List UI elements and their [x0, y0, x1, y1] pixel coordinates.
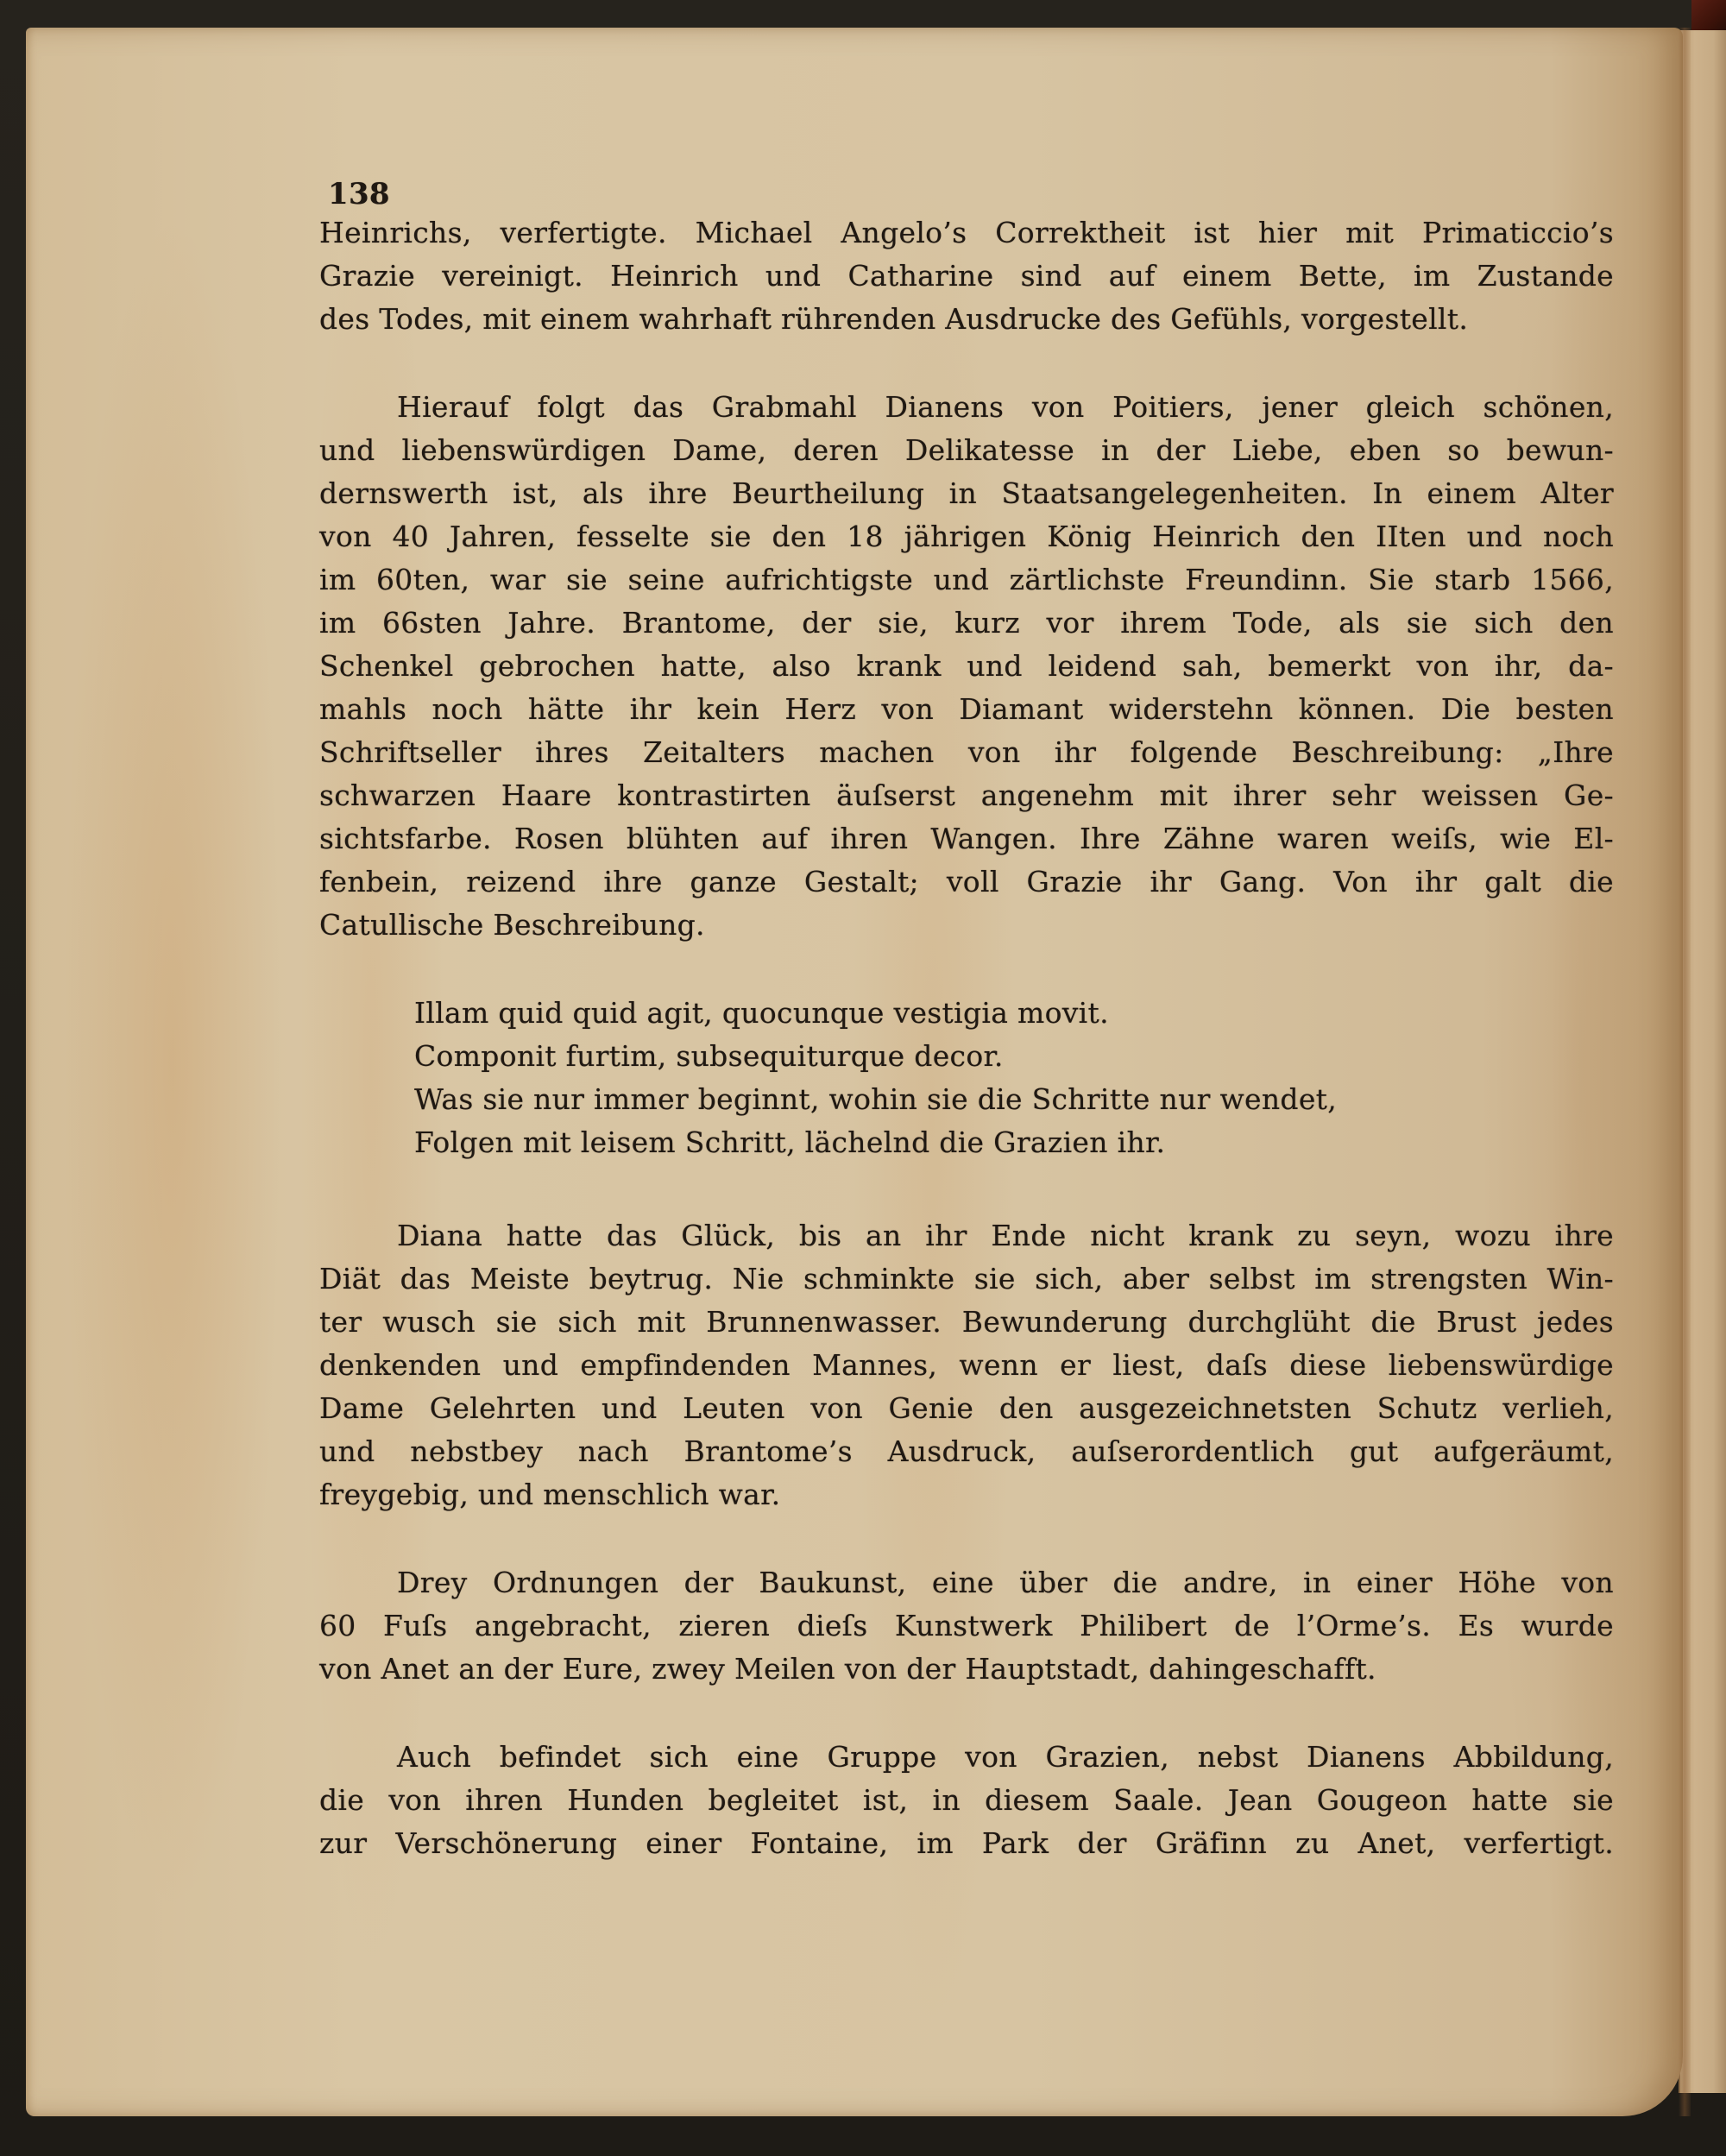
- text-line: freygebig, und menschlich war.: [319, 1473, 1614, 1516]
- verse-line: Illam quid quid agit, quocunque vestigia…: [414, 992, 1614, 1035]
- text-line: denkenden und empfindenden Mannes, wenn …: [319, 1344, 1614, 1387]
- text-line: sichtsfarbe. Rosen blühten auf ihren Wan…: [319, 817, 1614, 861]
- text-line: von Anet an der Eure, zwey Meilen von de…: [319, 1648, 1614, 1691]
- verse-line: Folgen mit leisem Schritt, lächelnd die …: [414, 1121, 1614, 1164]
- text-line: Diana hatte das Glück, bis an ihr Ende n…: [319, 1214, 1614, 1258]
- scanned-book-page: 138 Heinrichs, verfertigte. Michael Ange…: [0, 0, 1726, 2156]
- text-line: des Todes, mit einem wahrhaft rührenden …: [319, 298, 1614, 341]
- text-line: mahls noch hätte ihr kein Herz von Diama…: [319, 688, 1614, 731]
- text-line: zur Verschönerung einer Fontaine, im Par…: [319, 1822, 1614, 1865]
- paragraph: Diana hatte das Glück, bis an ihr Ende n…: [319, 1214, 1614, 1516]
- text-line: Auch befindet sich eine Gruppe von Grazi…: [319, 1736, 1614, 1779]
- text-line: im 60ten, war sie seine aufrichtigste un…: [319, 558, 1614, 602]
- text-line: fenbein, reizend ihre ganze Gestalt; vol…: [319, 861, 1614, 904]
- text-line: Dame Gelehrten und Leuten von Genie den …: [319, 1387, 1614, 1430]
- text-line: von 40 Jahren, fesselte sie den 18 jähri…: [319, 515, 1614, 558]
- verse-quotation: Illam quid quid agit, quocunque vestigia…: [414, 992, 1614, 1164]
- text-line: Schriftseller ihres Zeitalters machen vo…: [319, 731, 1614, 774]
- paragraph: Auch befindet sich eine Gruppe von Grazi…: [319, 1736, 1614, 1865]
- text-line: und liebenswürdigen Dame, deren Delikate…: [319, 429, 1614, 472]
- paragraph: Drey Ordnungen der Baukunst, eine über d…: [319, 1561, 1614, 1691]
- text-line: die von ihren Hunden begleitet ist, in d…: [319, 1779, 1614, 1822]
- gutter-crease: [1679, 28, 1691, 2116]
- text-line: im 66sten Jahre. Brantome, der sie, kurz…: [319, 602, 1614, 645]
- paragraph: Hierauf folgt das Grabmahl Dianens von P…: [319, 386, 1614, 947]
- text-line: Heinrichs, verfertigte. Michael Angelo’s…: [319, 211, 1614, 255]
- page-number: 138: [328, 177, 1614, 211]
- paragraph: Heinrichs, verfertigte. Michael Angelo’s…: [319, 211, 1614, 341]
- text-line: Schenkel gebrochen hatte, also krank und…: [319, 645, 1614, 688]
- text-line: ter wusch sie sich mit Brunnenwasser. Be…: [319, 1301, 1614, 1344]
- verse-line: Was sie nur immer beginnt, wohin sie die…: [414, 1078, 1614, 1121]
- text-line: und nebstbey nach Brantome’s Ausdruck, a…: [319, 1430, 1614, 1473]
- text-line: Catullische Beschreibung.: [319, 904, 1614, 947]
- text-line: Diät das Meiste beytrug. Nie schminkte s…: [319, 1258, 1614, 1301]
- text-line: dernswerth ist, als ihre Beurtheilung in…: [319, 472, 1614, 515]
- text-line: Drey Ordnungen der Baukunst, eine über d…: [319, 1561, 1614, 1604]
- text-line: 60 Fuſs angebracht, zieren dieſs Kunstwe…: [319, 1604, 1614, 1648]
- text-line: Hierauf folgt das Grabmahl Dianens von P…: [319, 386, 1614, 429]
- page-text: 138 Heinrichs, verfertigte. Michael Ange…: [319, 177, 1614, 1910]
- text-line: schwarzen Haare kontrastirten äuſserst a…: [319, 774, 1614, 817]
- verse-line: Componit furtim, subsequiturque decor.: [414, 1035, 1614, 1078]
- text-line: Grazie vereinigt. Heinrich und Catharine…: [319, 255, 1614, 298]
